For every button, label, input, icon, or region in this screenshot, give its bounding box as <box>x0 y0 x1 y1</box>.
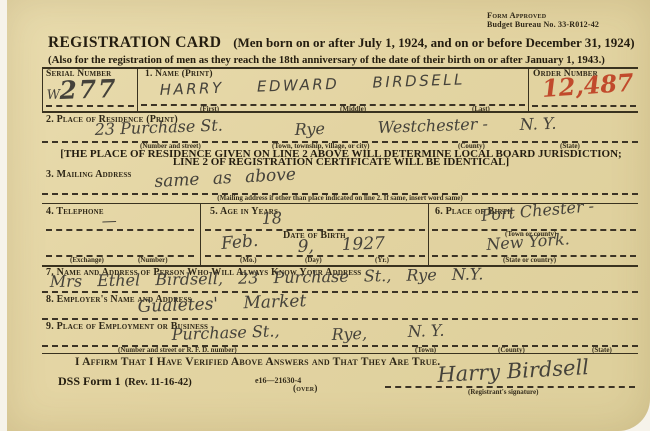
dob-sub-month: (Mo.) <box>240 256 257 264</box>
employer-writing-line <box>42 318 638 320</box>
employment-state-value: N. Y. <box>407 321 444 341</box>
contact-writing-line <box>42 291 638 293</box>
rule-affirmation-top <box>42 353 638 354</box>
rule-serial-name-divider <box>137 67 138 111</box>
employment-street-value: Purchase St., <box>171 321 279 344</box>
form-approved-line1: Form Approved <box>487 11 599 20</box>
name-writing-line <box>141 104 525 106</box>
form-approved-line2: Budget Bureau No. 33-R012-42 <box>487 20 599 29</box>
subtitle: (Also for the registration of men as the… <box>48 54 605 66</box>
form-revision: (Rev. 11-16-42) <box>125 377 192 388</box>
jurisdiction-note: [THE PLACE OF RESIDENCE GIVEN ON LINE 2 … <box>55 150 627 166</box>
registration-card-scan: Form Approved Budget Bureau No. 33-R012-… <box>0 0 650 431</box>
telephone-sub-exchange: (Exchange) <box>70 256 104 264</box>
serial-writing-line <box>46 105 134 107</box>
name-label: 1. Name (Print) <box>145 69 213 79</box>
dob-sub-day: (Day) <box>305 256 322 264</box>
employment-town-value: Rye, <box>331 324 367 344</box>
mailing-sub: (Mailing address if other than place ind… <box>140 194 540 202</box>
order-writing-line <box>532 105 636 107</box>
dob-day-value: 9, <box>297 236 314 257</box>
telephone-line2 <box>46 255 194 257</box>
rule-tel-age-divider <box>200 203 201 265</box>
rule-row1-left <box>42 67 43 111</box>
age-value: 18 <box>261 208 282 228</box>
serial-number-value: 277 <box>59 74 118 105</box>
telephone-value: — <box>101 211 117 230</box>
name-sub-last: (Last) <box>472 105 490 113</box>
rule-name-order-divider <box>528 67 529 111</box>
dob-label: Date of Birth <box>283 230 346 241</box>
telephone-label: 4. Telephone <box>46 206 104 217</box>
name-sub-first: (First) <box>200 105 219 113</box>
page-title: REGISTRATION CARD <box>48 34 221 51</box>
form-approved-block: Form Approved Budget Bureau No. 33-R012-… <box>487 11 599 29</box>
residence-state-value: N. Y. <box>519 114 556 134</box>
dob-sub-year: (Yr.) <box>375 256 389 264</box>
residence-county-value: Westchester - <box>377 114 488 137</box>
signature-sub-label: (Registrant's signature) <box>468 388 538 396</box>
form-id-block: DSS Form 1 (Rev. 11-16-42) <box>58 372 192 390</box>
birth-sub-state: (State or country) <box>503 256 556 264</box>
mailing-label: 3. Mailing Address <box>46 169 132 180</box>
telephone-line1 <box>46 229 194 231</box>
affirmation-statement: I Affirm That I Have Verified Above Answ… <box>75 356 440 368</box>
form-id: DSS Form 1 <box>58 374 121 388</box>
over-note: (over) <box>293 383 318 393</box>
title-note: (Men born on or after July 1, 1924, and … <box>233 35 634 50</box>
rule-age-birth-divider <box>428 203 429 265</box>
title-row: REGISTRATION CARD (Men born on or after … <box>48 34 635 52</box>
serial-prefix-value: W <box>46 88 60 103</box>
residence-town-value: Rye <box>294 119 325 139</box>
dob-month-value: Feb. <box>220 231 259 254</box>
dob-year-value: 1927 <box>341 234 385 255</box>
telephone-sub-number: (Number) <box>138 256 168 264</box>
name-sub-middle: (Middle) <box>340 105 366 113</box>
